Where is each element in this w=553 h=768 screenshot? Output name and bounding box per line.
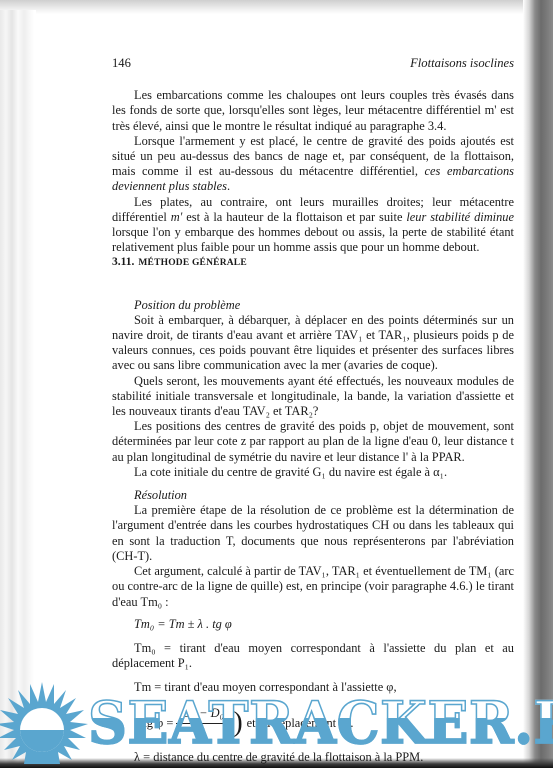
paragraph-plates: Les plates, au contraire, ont leurs mura… [112,195,514,256]
paragraph-quels: Quels seront, les mouvements ayant été e… [112,374,514,420]
section-title: MÉTHODE GÉNÉRALE [138,258,247,268]
formula-tm0: Tm₀ = Tm ± λ . tg φ [112,617,514,632]
watermark-text: SEATRACKER.RU [88,692,553,754]
running-header: 146 Flottaisons isoclines [112,56,514,71]
running-title: Flottaisons isoclines [410,56,514,71]
subheading-resolution: Résolution [112,488,514,503]
page-number: 146 [112,56,131,71]
section-heading: 3.11.MÉTHODE GÉNÉRALE [112,255,514,271]
watermark: SEATRACKER.RU [0,688,553,760]
paragraph-cote-initiale: La cote initiale du centre de gravité G₁… [112,465,514,480]
paragraph-positions: Les positions des centres de gravité des… [112,419,514,465]
subheading-position: Position du problème [112,298,514,313]
scan-top-edge [0,0,553,14]
paragraph-chaloupes: Les embarcations comme les chaloupes ont… [112,88,514,134]
book-page: 146 Flottaisons isoclines Les embarcatio… [112,50,514,765]
paragraph-armement: Lorsque l'armement y est placé, le centr… [112,134,514,195]
scan-left-edge [0,10,36,768]
definition-tm0: Tm₀ = tirant d'eau moyen correspondant à… [112,641,514,671]
paragraph-soit: Soit à embarquer, à débarquer, à déplace… [112,313,514,374]
sun-logo-icon [0,680,90,764]
section-number: 3.11. [112,256,134,268]
book-gutter-shadow [523,0,553,768]
paragraph-argument: Cet argument, calculé à partir de TAV₁, … [112,564,514,610]
paragraph-premiere-etape: La première étape de la résolution de ce… [112,503,514,564]
